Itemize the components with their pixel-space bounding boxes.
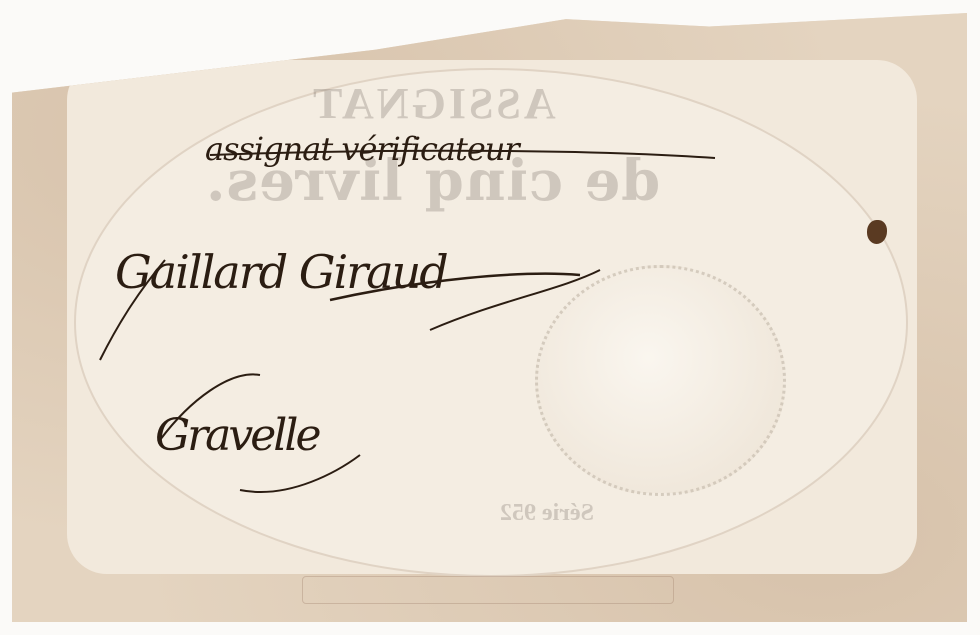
bottom-cartouche xyxy=(302,576,674,604)
embossed-seal xyxy=(535,265,786,496)
mirrored-serie: Série 952 xyxy=(500,500,594,527)
signature-gaillard-giraud: Gaillard Giraud xyxy=(115,245,447,299)
signature-gravelle: Gravelle xyxy=(155,410,319,461)
mirrored-title: ASSIGNAT xyxy=(310,78,556,129)
handwritten-caption: assignat vérificateur xyxy=(205,130,519,168)
